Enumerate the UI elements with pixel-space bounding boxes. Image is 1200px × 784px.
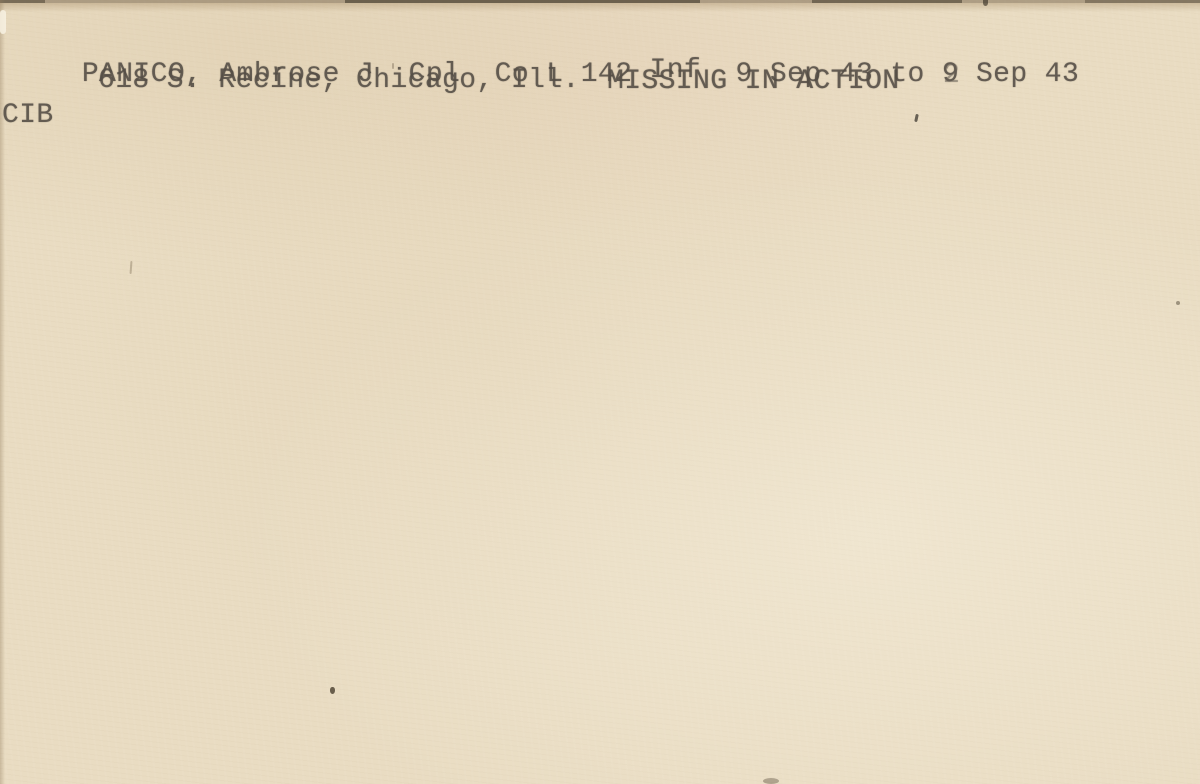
faint-pencil-mark [130,261,133,274]
overstruck-digit: 29 [942,61,959,89]
home-address-line: 618 S. Recine, Chicago, Ill. [98,67,580,95]
dates-text-post: Sep 43 [959,59,1079,90]
paper-edge-chip [0,10,6,34]
dust-speck [1176,301,1180,305]
bottom-edge-smudge [763,778,779,784]
overstruck-digit-over: 9 [942,59,959,90]
ink-speck [330,687,335,694]
index-card-surface: PANICO, Ambrose J Cpl Co L 142 Inf 9 Sep… [0,0,1200,784]
award-cib-notation: CIB [2,102,54,130]
status-missing-in-action: MISSING IN ACTION [607,68,899,96]
scan-edge-top-shadow [0,3,1200,12]
